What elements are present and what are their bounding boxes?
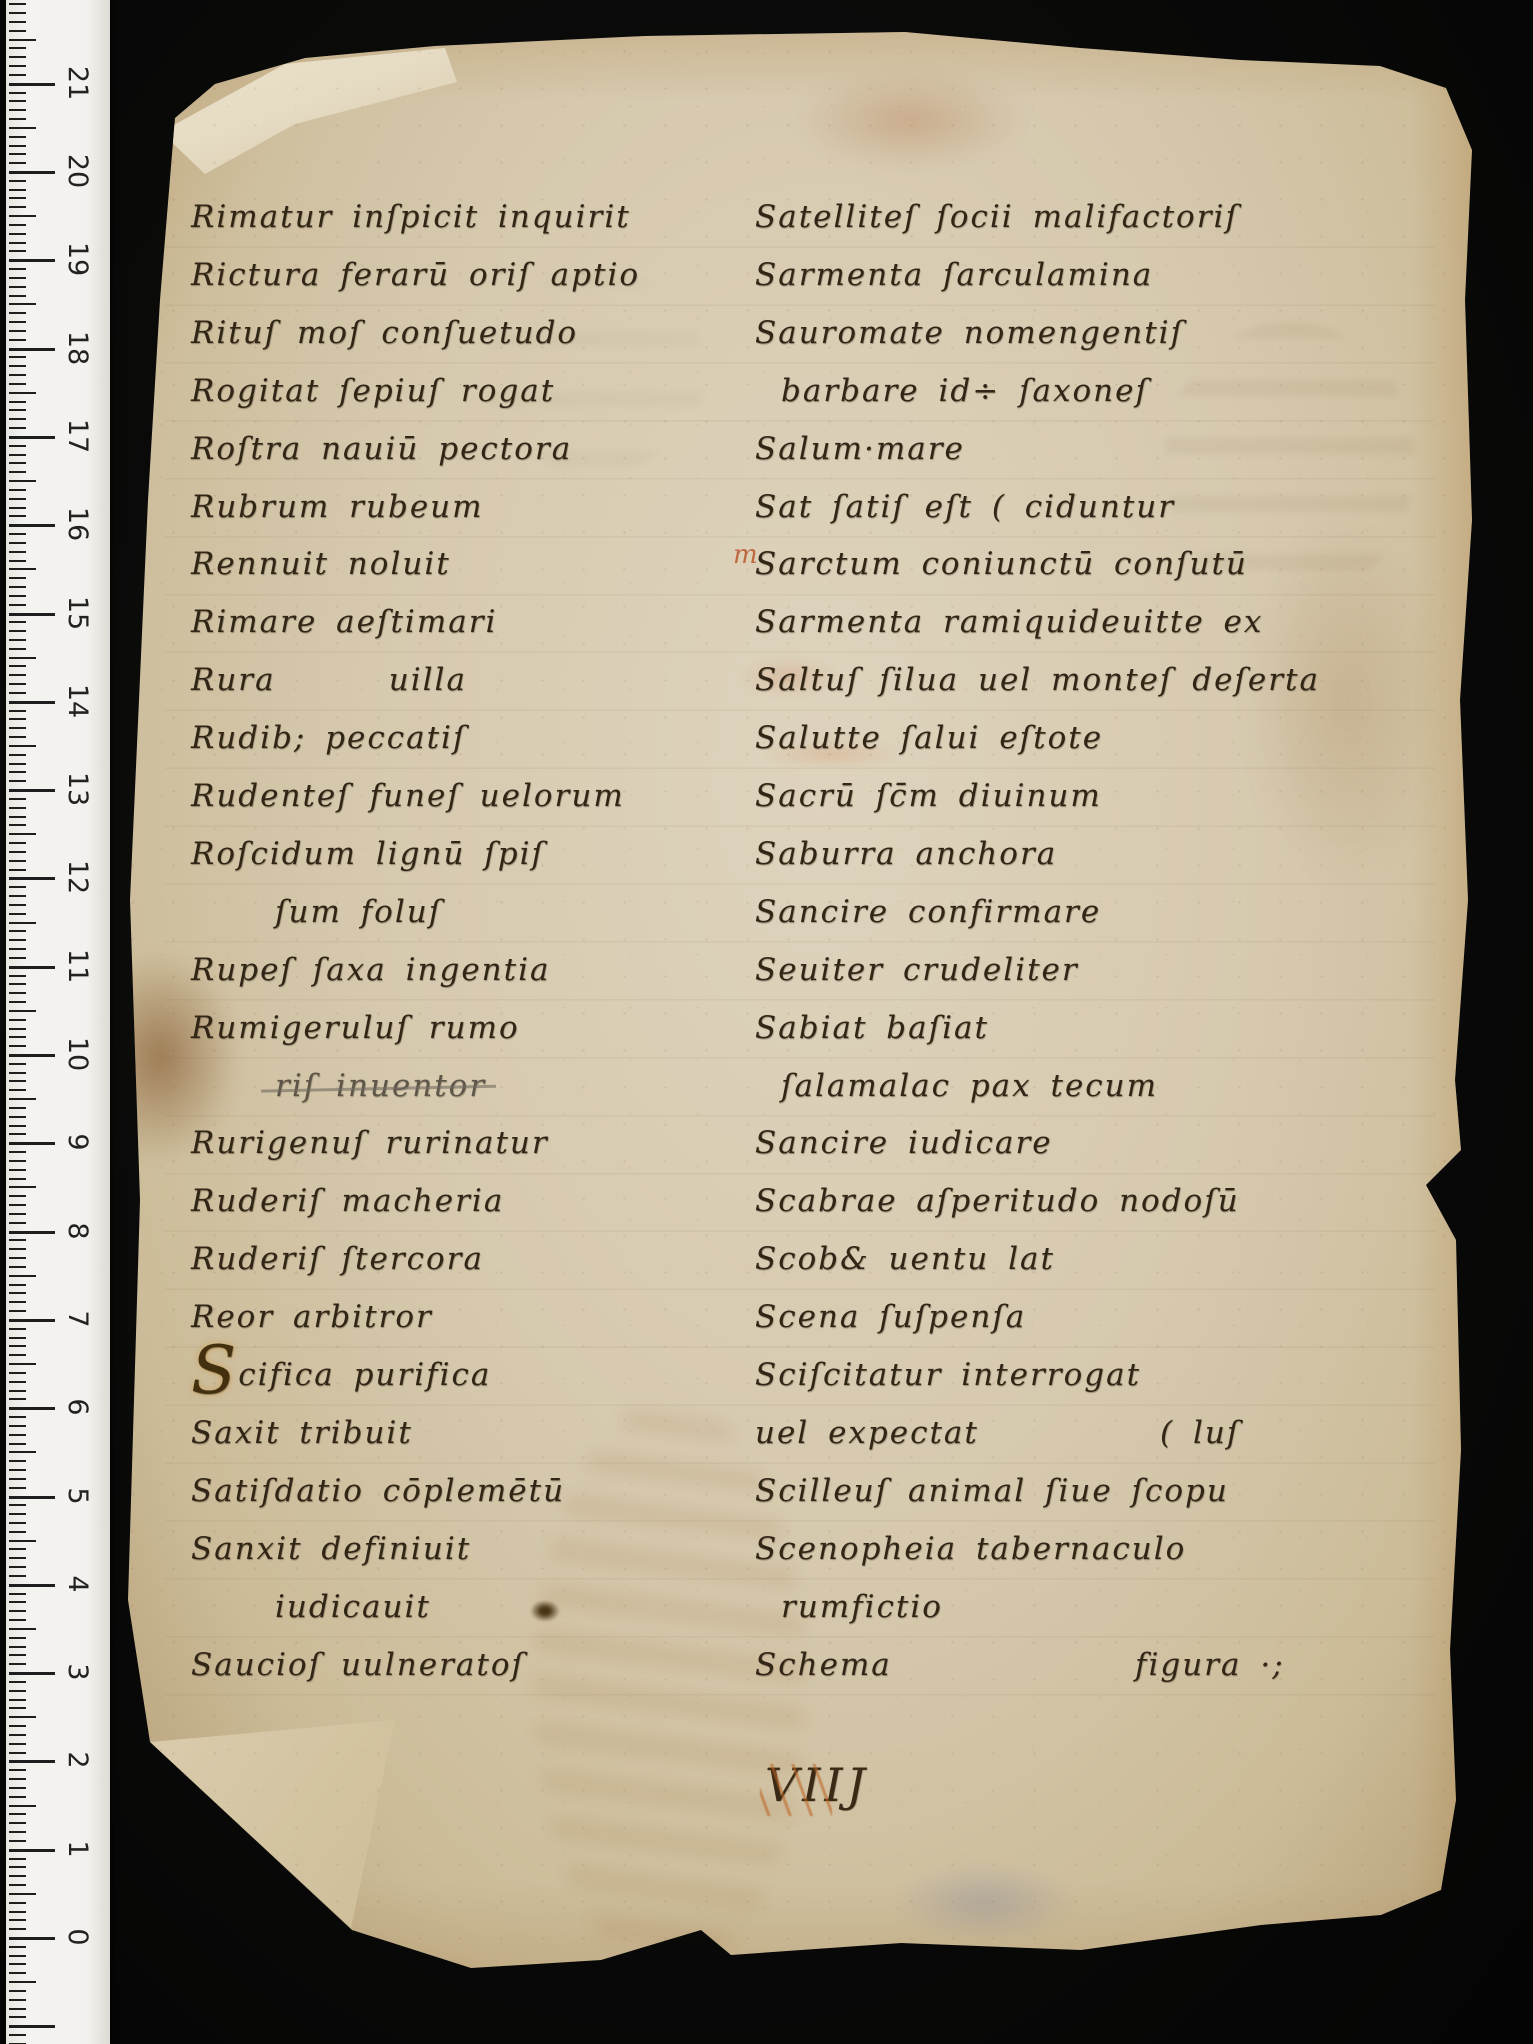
- ruler-mm-tick: [9, 3, 26, 5]
- ruler-mm-tick: [9, 1963, 26, 1965]
- ruler-mm-tick: [9, 1186, 36, 1188]
- ruler-mm-tick: [9, 1972, 26, 1974]
- ruler-mm-tick: [9, 1866, 26, 1868]
- ruler-mm-tick: [9, 418, 26, 420]
- ruler-mm-tick: [9, 330, 26, 332]
- ruler-mm-tick: [9, 515, 26, 517]
- gloss-cell: Scenopheia tabernaculo: [755, 1531, 1186, 1567]
- ruler-mm-tick: [9, 674, 26, 676]
- ruler-mm-tick: [9, 1363, 36, 1365]
- ruler-mm-tick: [9, 445, 26, 447]
- ruler-mm-tick: [9, 551, 26, 553]
- ruler-cm-tick: [9, 1584, 55, 1587]
- ruler-mm-tick: [9, 560, 26, 562]
- gloss-cell: Sarmenta ſarculamina: [755, 257, 1153, 293]
- ruler-mm-tick: [9, 1955, 26, 1957]
- gloss-cell: Sciſcitatur interrogat: [755, 1357, 1141, 1393]
- ruler-mm-tick: [9, 1911, 26, 1913]
- lemma-cell: Rimare aeſtimari: [191, 604, 497, 640]
- gloss-cell: uel expectat: [755, 1415, 979, 1451]
- ruler-mm-tick: [9, 454, 26, 456]
- ruler-mm-tick: [9, 471, 26, 473]
- ruler-mm-tick: [9, 1328, 26, 1330]
- ruler-mm-tick: [9, 1089, 26, 1091]
- gloss-row: Rictura ferarū oriſ aptioSarmenta ſarcul…: [105, 248, 1480, 306]
- ruler-mm-tick: [9, 1928, 26, 1930]
- gloss-row: Sanxit definiuitScenopheia tabernaculo: [105, 1522, 1480, 1580]
- gloss-row: Rurigenuſ rurinaturSancire iudicare: [105, 1116, 1480, 1174]
- ruler-mm-tick: [9, 621, 26, 623]
- ruler-mm-tick: [9, 401, 26, 403]
- ruler-mm-tick: [9, 180, 26, 182]
- ruler-cm-tick: [9, 1407, 55, 1410]
- ruler-mm-tick: [9, 462, 26, 464]
- gloss-cell: Sancire confirmare: [755, 894, 1101, 930]
- ruler-cm-tick: [9, 83, 55, 86]
- lemma-cell: Ruderiſ ſtercora: [191, 1241, 484, 1277]
- gloss-row: Ruderiſ macheriaScabrae aſperitudo nodoſ…: [105, 1174, 1480, 1232]
- ruler-mm-tick: [9, 1416, 26, 1418]
- gloss-row: ſum foluſSancire confirmare: [105, 885, 1480, 943]
- gloss-row: Reor arbitrorScena ſuſpenſa: [105, 1290, 1480, 1348]
- ruler-cm-tick: [9, 966, 55, 969]
- ruler-mm-tick: [9, 74, 26, 76]
- gloss-row: Saxit tribuituel expectat( luſ: [105, 1406, 1480, 1464]
- ruler-cm-tick: [9, 1496, 55, 1499]
- ruler-mm-tick: [9, 1372, 26, 1374]
- ruler-mm-tick: [9, 1778, 26, 1780]
- ruler-mm-tick: [9, 992, 26, 994]
- ruler-mm-tick: [9, 197, 26, 199]
- ruler-mm-tick: [9, 807, 26, 809]
- ruler-mm-tick: [9, 1522, 26, 1524]
- gloss-cell: Sabiat baſiat: [755, 1010, 989, 1046]
- lemma-cell: Rituſ moſ conſuetudo: [191, 315, 578, 351]
- ruler-mm-tick: [9, 162, 26, 164]
- gloss-row: Satiſdatio cōplemētūScilleuſ animal ſiue…: [105, 1464, 1480, 1522]
- ruler-mm-tick: [9, 1460, 26, 1462]
- ruler-cm-tick: [9, 613, 55, 616]
- gloss-cell: Sat ſatiſ eſt ( ciduntur: [755, 489, 1175, 525]
- ruler-mm-tick: [9, 1981, 36, 1983]
- ruler-mm-tick: [9, 1787, 26, 1789]
- ruler-mm-tick: [9, 1072, 26, 1074]
- ruler-mm-tick: [9, 233, 26, 235]
- ruler-cm-tick: [9, 259, 55, 262]
- ruler-mm-tick: [9, 1063, 26, 1065]
- gloss-row: Rennuit noluitSarctum coniunctū conſutū: [105, 537, 1480, 595]
- gloss-row: Rudenteſ funeſ uelorumSacrū ſc̄m diuinum: [105, 769, 1480, 827]
- ruler-mm-tick: [9, 153, 26, 155]
- ruler-mm-tick: [9, 1001, 26, 1003]
- ruler-mm-tick: [9, 498, 26, 500]
- lemma-cell: Rura uilla: [191, 662, 467, 698]
- ruler-mm-tick: [9, 100, 26, 102]
- ruler-mm-tick: [9, 1637, 26, 1639]
- lemma-cell: Ruderiſ macheria: [191, 1183, 504, 1219]
- gloss-cell: Scob& uentu lat: [755, 1241, 1055, 1277]
- ruler-mm-tick: [9, 1275, 36, 1277]
- gloss-cell: Sancire iudicare: [755, 1126, 1053, 1162]
- ruler-mm-tick: [9, 409, 26, 411]
- ruler-number: 10: [58, 1034, 98, 1074]
- ruler-mm-tick: [9, 1548, 26, 1550]
- ruler-mm-tick: [9, 489, 26, 491]
- ruler-mm-tick: [9, 1593, 26, 1595]
- ruler-number: 2: [58, 1740, 98, 1780]
- ruler-mm-tick: [9, 630, 26, 632]
- ruler-mm-tick: [9, 1133, 26, 1135]
- ruler-mm-tick: [9, 1390, 26, 1392]
- ruler-cm-tick: [9, 1319, 55, 1322]
- ruler-mm-tick: [9, 754, 26, 756]
- ruler-number: 16: [58, 504, 98, 544]
- ruler-mm-tick: [9, 1160, 26, 1162]
- ruler-mm-tick: [9, 604, 26, 606]
- ruler-mm-tick: [9, 1531, 26, 1533]
- ruler-mm-tick: [9, 648, 26, 650]
- ruler-mm-tick: [9, 1999, 26, 2001]
- ruler-number: 19: [58, 239, 98, 279]
- ruler-mm-tick: [9, 1575, 26, 1577]
- lemma-cell: ſum foluſ: [275, 894, 442, 930]
- gloss-cell-tail: ( luſ: [1160, 1415, 1240, 1451]
- ruler-mm-tick: [9, 1769, 26, 1771]
- ruler-number: 5: [58, 1476, 98, 1516]
- ruler-mm-tick: [9, 745, 36, 747]
- ruler-mm-tick: [9, 1257, 26, 1259]
- ruler-mm-tick: [9, 771, 26, 773]
- ruler-mm-tick: [9, 1919, 26, 1921]
- ruler-mm-tick: [9, 1734, 26, 1736]
- ruler-mm-tick: [9, 533, 26, 535]
- gloss-row: Saucioſ uulneratoſSchemafigura ·;: [105, 1638, 1480, 1696]
- ruler-mm-tick: [9, 39, 36, 41]
- ruler-mm-tick: [9, 47, 26, 49]
- lemma-cell: Rogitat ſepiuſ rogat: [191, 373, 555, 409]
- ruler-mm-tick: [9, 957, 26, 959]
- gloss-cell-tail: figura ·;: [1135, 1647, 1285, 1683]
- ruler-mm-tick: [9, 1628, 36, 1630]
- gloss-row: Roſtra nauiū pectoraSalum·mare: [105, 422, 1480, 480]
- ruler-mm-tick: [9, 595, 26, 597]
- lemma-cell: Rurigenuſ rurinatur: [191, 1126, 549, 1162]
- ruler-number: 12: [58, 857, 98, 897]
- ruler-mm-tick: [9, 665, 26, 667]
- gloss-row: Rumigeruluſ rumoSabiat baſiat: [105, 1001, 1480, 1059]
- ruler-mm-tick: [9, 1045, 26, 1047]
- ruler-cm-tick: [9, 701, 55, 704]
- ruler-mm-tick: [9, 1990, 26, 1992]
- ruler-mm-tick: [9, 1601, 26, 1603]
- ruler-number: 4: [58, 1564, 98, 1604]
- ruler-mm-tick: [9, 339, 26, 341]
- ruler-mm-tick: [9, 895, 26, 897]
- ruler-mm-tick: [9, 1540, 36, 1542]
- ruler: 0123456789101112131415161718192021: [6, 0, 110, 2044]
- ruler-mm-tick: [9, 1478, 26, 1480]
- gloss-row: Rogitat ſepiuſ rogatbarbare id÷ ſaxoneſ: [105, 364, 1480, 422]
- lemma-cell: Rictura ferarū oriſ aptio: [191, 257, 640, 293]
- gloss-row: Rura uillaSaltuſ ſilua uel monteſ deſert…: [105, 653, 1480, 711]
- ruler-number: 1: [58, 1829, 98, 1869]
- ruler-mm-tick: [9, 1663, 26, 1665]
- ruler-mm-tick: [9, 948, 26, 950]
- ruler-mm-tick: [9, 718, 26, 720]
- gloss-cell: Scabrae aſperitudo nodoſū: [755, 1183, 1240, 1219]
- ruler-mm-tick: [9, 1946, 26, 1948]
- ruler-mm-tick: [9, 365, 26, 367]
- ruler-mm-tick: [9, 577, 26, 579]
- ruler-mm-tick: [9, 586, 26, 588]
- ruler-mm-tick: [9, 1125, 26, 1127]
- ruler-mm-tick: [9, 780, 26, 782]
- ruler-number: 6: [58, 1387, 98, 1427]
- ruler-mm-tick: [9, 1893, 36, 1895]
- gloss-row: Scifica purificaSciſcitatur interrogat: [105, 1348, 1480, 1406]
- ruler-mm-tick: [9, 1707, 26, 1709]
- gloss-row: Rudib; peccatiſSalutte ſalui eſtote: [105, 711, 1480, 769]
- ruler-mm-tick: [9, 692, 26, 694]
- ruler-mm-tick: [9, 2034, 26, 2036]
- ruler-mm-tick: [9, 1345, 26, 1347]
- ruler-mm-tick: [9, 303, 36, 305]
- gloss-cell: rumfictio: [781, 1589, 943, 1625]
- lemma-cell: Reor arbitror: [191, 1299, 433, 1335]
- ruler-number: 18: [58, 328, 98, 368]
- manuscript-leaf: Rimatur inſpicit inquiritSatelliteſ ſoci…: [105, 22, 1480, 2000]
- lemma-cell: Roſtra nauiū pectora: [191, 431, 572, 467]
- ruler-mm-tick: [9, 1266, 26, 1268]
- gloss-cell: Sacrū ſc̄m diuinum: [755, 778, 1102, 814]
- gloss-row: Rubrum rubeumSat ſatiſ eſt ( ciduntur: [105, 480, 1480, 538]
- red-marginal-letter: m: [733, 540, 758, 570]
- ruler-mm-tick: [9, 1028, 26, 1030]
- gloss-cell: Sarctum coniunctū conſutū: [755, 547, 1248, 583]
- ruler-mm-tick: [9, 1451, 36, 1453]
- ruler-mm-tick: [9, 1725, 26, 1727]
- ruler-mm-tick: [9, 1036, 26, 1038]
- ruler-mm-tick: [9, 904, 26, 906]
- gloss-row: Rimatur inſpicit inquiritSatelliteſ ſoci…: [105, 190, 1480, 248]
- ruler-number: 0: [58, 1917, 98, 1957]
- lemma-cell: Rumigeruluſ rumo: [191, 1010, 520, 1046]
- ruler-mm-tick: [9, 1805, 36, 1807]
- ruler-mm-tick: [9, 2016, 26, 2018]
- ruler-mm-tick: [9, 206, 26, 208]
- ruler-mm-tick: [9, 1646, 26, 1648]
- ruler-mm-tick: [9, 356, 26, 358]
- ruler-number: 14: [58, 681, 98, 721]
- ruler-mm-tick: [9, 939, 26, 941]
- ruler-mm-tick: [9, 727, 26, 729]
- ruler-mm-tick: [9, 56, 26, 58]
- gloss-row: Rupeſ ſaxa ingentiaSeuiter crudeliter: [105, 943, 1480, 1001]
- gloss-row: riſ inuentorſalamalac pax tecum: [105, 1059, 1480, 1117]
- ruler-mm-tick: [9, 1195, 26, 1197]
- ruler-mm-tick: [9, 1010, 36, 1012]
- ruler-cm-tick: [9, 1672, 55, 1675]
- lemma-cell: Rudib; peccatiſ: [191, 720, 466, 756]
- ruler-mm-tick: [9, 1310, 26, 1312]
- ruler-mm-tick: [9, 118, 26, 120]
- ruler-cm-tick: [9, 1937, 55, 1940]
- ruler-cm-tick: [9, 436, 55, 439]
- ruler-mm-tick: [9, 1487, 26, 1489]
- ruler-mm-tick: [9, 798, 26, 800]
- photo-scene: 0123456789101112131415161718192021 Rimat…: [0, 0, 1533, 2044]
- ruler-mm-tick: [9, 639, 26, 641]
- ruler-mm-tick: [9, 869, 26, 871]
- ruler-mm-tick: [9, 2008, 26, 2010]
- ruler-mm-tick: [9, 1284, 26, 1286]
- ruler-cm-tick: [9, 348, 55, 351]
- ruler-number: 9: [58, 1122, 98, 1162]
- gloss-cell: Sauromate nomengentiſ: [755, 315, 1184, 351]
- ruler-cm-tick: [9, 524, 55, 527]
- ruler-mm-tick: [9, 1743, 26, 1745]
- ruler-mm-tick: [9, 913, 26, 915]
- ruler-mm-tick: [9, 1796, 26, 1798]
- ruler-mm-tick: [9, 1116, 26, 1118]
- gloss-cell: barbare id÷ ſaxoneſ: [781, 373, 1149, 409]
- ruler-mm-tick: [9, 127, 36, 129]
- lemma-cell: Rimatur inſpicit inquirit: [191, 199, 631, 235]
- ruler-mm-tick: [9, 1813, 26, 1815]
- ruler-number: 15: [58, 593, 98, 633]
- ruler-mm-tick: [9, 1875, 26, 1877]
- ruler-mm-tick: [9, 1301, 26, 1303]
- gloss-row: Rimare aeſtimariSarmenta ramiquideuitte …: [105, 595, 1480, 653]
- ruler-mm-tick: [9, 242, 26, 244]
- lemma-cell: Satiſdatio cōplemētū: [191, 1473, 565, 1509]
- ruler-number: 21: [58, 63, 98, 103]
- gloss-row: iudicauitrumfictio: [105, 1580, 1480, 1638]
- gloss-cell: Seuiter crudeliter: [755, 952, 1079, 988]
- ruler-mm-tick: [9, 1858, 26, 1860]
- ruler-mm-tick: [9, 1557, 26, 1559]
- decorated-initial: S: [191, 1332, 238, 1409]
- ruler-number: 3: [58, 1652, 98, 1692]
- ruler-mm-tick: [9, 92, 26, 94]
- lemma-cell: Rubrum rubeum: [191, 489, 484, 525]
- page-number-red-hatching: [760, 1764, 832, 1816]
- ruler-mm-tick: [9, 268, 26, 270]
- ruler-mm-tick: [9, 1884, 26, 1886]
- ruler-mm-tick: [9, 145, 26, 147]
- ruler-mm-tick: [9, 1822, 26, 1824]
- lemma-cell: Saxit tribuit: [191, 1415, 413, 1451]
- ruler-cm-tick: [9, 1231, 55, 1234]
- ruler-mm-tick: [9, 1169, 26, 1171]
- ruler-mm-tick: [9, 295, 26, 297]
- ruler-mm-tick: [9, 824, 26, 826]
- ruler-cm-tick: [9, 877, 55, 880]
- ruler-number: 8: [58, 1211, 98, 1251]
- ruler-number: 20: [58, 151, 98, 191]
- ruler-mm-tick: [9, 763, 26, 765]
- ruler-mm-tick: [9, 736, 26, 738]
- ruler-mm-tick: [9, 109, 26, 111]
- ruler-mm-tick: [9, 930, 26, 932]
- ruler-mm-tick: [9, 1840, 26, 1842]
- ruler-mm-tick: [9, 683, 26, 685]
- gloss-cell: Scena ſuſpenſa: [755, 1299, 1026, 1335]
- gloss-cell: Saburra anchora: [755, 836, 1057, 872]
- ruler-mm-tick: [9, 1752, 26, 1754]
- gloss-row: Rituſ moſ conſuetudoSauromate nomengenti…: [105, 306, 1480, 364]
- ruler-mm-tick: [9, 215, 36, 217]
- lemma-cell: Roſcidum lignū ſpiſ: [191, 836, 545, 872]
- ruler-mm-tick: [9, 189, 26, 191]
- ruler-mm-tick: [9, 286, 26, 288]
- ruler-mm-tick: [9, 480, 36, 482]
- ruler-number: 11: [58, 946, 98, 986]
- ruler-mm-tick: [9, 312, 26, 314]
- ruler-mm-tick: [9, 1178, 26, 1180]
- ruler-number: 7: [58, 1299, 98, 1339]
- ruler-mm-tick: [9, 1654, 26, 1656]
- gloss-row: Roſcidum lignū ſpiſSaburra anchora: [105, 827, 1480, 885]
- ruler-mm-tick: [9, 710, 26, 712]
- lemma-cell: iudicauit: [275, 1589, 431, 1625]
- gloss-cell: Satelliteſ ſocii malifactoriſ: [755, 199, 1239, 235]
- ruler-mm-tick: [9, 1151, 26, 1153]
- gloss-cell: Saltuſ ſilua uel monteſ deſerta: [755, 662, 1320, 698]
- ruler-cm-tick: [9, 1054, 55, 1057]
- ruler-mm-tick: [9, 392, 36, 394]
- ruler-mm-tick: [9, 1019, 26, 1021]
- ruler-mm-tick: [9, 1699, 26, 1701]
- lemma-cell: Sanxit definiuit: [191, 1531, 471, 1567]
- ruler-mm-tick: [9, 383, 26, 385]
- ruler-mm-tick: [9, 851, 26, 853]
- gloss-cell: ſalamalac pax tecum: [781, 1068, 1158, 1104]
- ruler-mm-tick: [9, 1716, 36, 1718]
- ruler-mm-tick: [9, 1443, 26, 1445]
- gloss-cell: Schema: [755, 1647, 892, 1683]
- ruler-mm-tick: [9, 250, 26, 252]
- lemma-cell: Rennuit noluit: [191, 547, 451, 583]
- lemma-cell: Rudenteſ funeſ uelorum: [191, 778, 625, 814]
- ruler-mm-tick: [9, 1610, 26, 1612]
- lemma-cell: Rupeſ ſaxa ingentia: [191, 952, 551, 988]
- ruler-mm-tick: [9, 427, 26, 429]
- ruler-mm-tick: [9, 1098, 36, 1100]
- gloss-cell: Salutte ſalui eſtote: [755, 720, 1103, 756]
- ruler-mm-tick: [9, 568, 36, 570]
- gloss-cell: Scilleuſ animal ſiue ſcopu: [755, 1473, 1229, 1509]
- ruler-mm-tick: [9, 833, 36, 835]
- lemma-cell: Scifica purifica: [191, 1357, 491, 1393]
- ruler-mm-tick: [9, 542, 26, 544]
- ruler-cm-tick: [9, 1849, 55, 1852]
- ruler-mm-tick: [9, 842, 26, 844]
- ruler-number: 13: [58, 769, 98, 809]
- ruler-mm-tick: [9, 975, 26, 977]
- ruler-mm-tick: [9, 1213, 26, 1215]
- ruler-mm-tick: [9, 1434, 26, 1436]
- ruler-mm-tick: [9, 136, 26, 138]
- ruler-mm-tick: [9, 1204, 26, 1206]
- ruler-mm-tick: [9, 374, 26, 376]
- ruler-mm-tick: [9, 1425, 26, 1427]
- ruler-mm-tick: [9, 30, 26, 32]
- ruler-mm-tick: [9, 21, 26, 23]
- ruler-mm-tick: [9, 1566, 26, 1568]
- ruler-mm-tick: [9, 1381, 26, 1383]
- gloss-row: Ruderiſ ſtercoraScob& uentu lat: [105, 1232, 1480, 1290]
